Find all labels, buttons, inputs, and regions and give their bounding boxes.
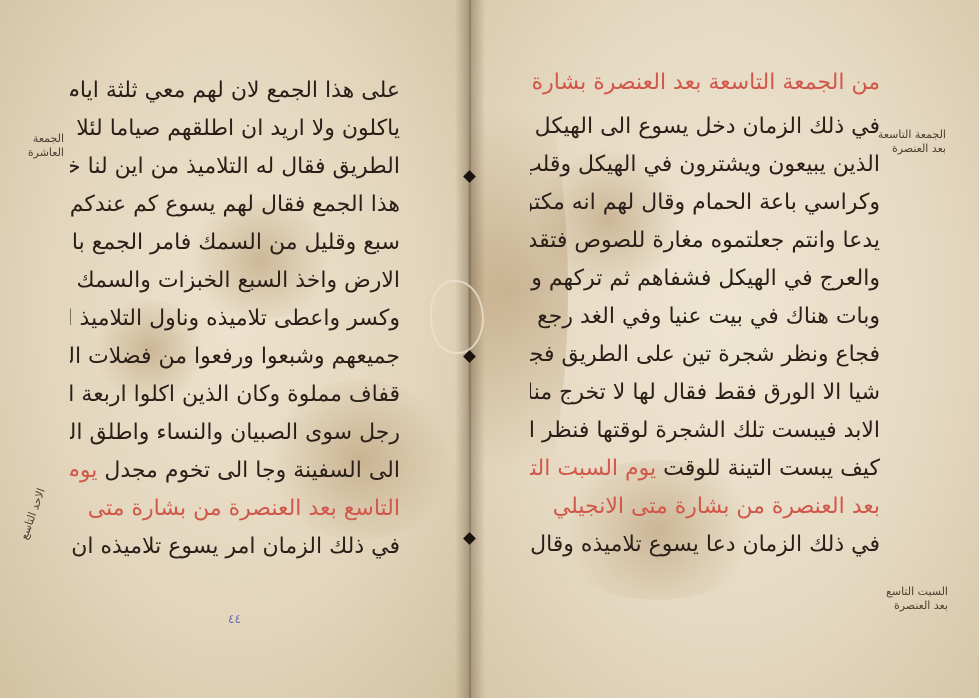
text-line: في ذلك الزمان دخل يسوع الى الهيكل الله و… [530,108,880,146]
text-line: الطريق فقال له التلاميذ من اين لنا خبز ف… [70,148,400,186]
heading-rubric: من الجمعة التاسعة بعد العنصرة بشارة متى [530,64,880,108]
text-line: الارض واخذ السبع الخبزات والسمك وبارك [70,262,400,300]
right-page: من الجمعة التاسعة بعد العنصرة بشارة متى … [468,0,979,698]
rubric-segment: يوم السبت التاسع [530,456,656,481]
rubric-segment: يوم الاحد [70,458,97,483]
text-line: جميعهم وشبعوا ورفعوا من فضلات الكسر سبع [70,338,400,376]
margin-note: السبت التاسع بعد العنصرة [878,585,948,613]
text-line: قفاف مملوة وكان الذين اكلوا اربعة الف [70,376,400,414]
text-line: في ذلك الزمان دعا يسوع تلاميذه وقال لهم … [530,526,880,564]
margin-note: الجمعة العاشرة [14,132,64,160]
margin-note: الجمعة التاسعة بعد العنصرة [876,128,946,156]
text-line: هذا الجمع فقال لهم يسوع كم عندكم من الخب… [70,186,400,224]
binding-thread [430,280,484,354]
rubric-line: التاسع بعد العنصرة من بشارة متى [70,490,400,528]
left-text-block: على هذا الجمع لان لهم معي ثلثة ايام وليس… [70,72,400,566]
text-line: فجاع ونظر شجرة تين على الطريق فجا اليها … [530,336,880,374]
text-line: وبات هناك في بيت عنيا وفي الغد رجع الى ا… [530,298,880,336]
text-line: الذين يبيعون ويشترون في الهيكل وقلب مواي… [530,146,880,184]
text-line: الابد فيبست تلك الشجرة لوقتها فنظر التلا… [530,412,880,450]
right-text-block: من الجمعة التاسعة بعد العنصرة بشارة متى … [530,64,880,564]
text-line: سبع وقليل من السمك فامر الجمع بالجلوس عل… [70,224,400,262]
left-page: على هذا الجمع لان لهم معي ثلثة ايام وليس… [0,0,468,698]
text-line: وكسر واعطى تلاميذه وناول التلاميذ الجمع … [70,300,400,338]
text-line: وكراسي باعة الحمام وقال لهم انه مكتوب ان… [530,184,880,222]
open-manuscript: على هذا الجمع لان لهم معي ثلثة ايام وليس… [0,0,979,698]
text-line: في ذلك الزمان امر يسوع تلاميذه ان يصعدوا… [70,528,400,566]
text-line: رجل سوى الصبيان والنساء واطلق الجمع وصعد [70,414,400,452]
text-line: والعرج في الهيكل فشفاهم ثم تركهم وخرج خا… [530,260,880,298]
text-segment: الى السفينة وجا الى تخوم مجدل [104,458,400,483]
text-line-mixed: الى السفينة وجا الى تخوم مجدل يوم الاحد [70,452,400,490]
text-line-mixed: كيف يبست التينة للوقت يوم السبت التاسع [530,450,880,488]
text-segment: كيف يبست التينة للوقت [663,456,880,481]
text-line: شيا الا الورق فقط فقال لها لا تخرج منك ث… [530,374,880,412]
margin-note: الاحد التاسع [15,486,49,547]
text-line: على هذا الجمع لان لهم معي ثلثة ايام وليس… [70,72,400,110]
folio-number: ٤٤ [228,612,241,626]
text-line: ياكلون ولا اريد ان اطلقهم صياما لئلا يست… [70,110,400,148]
rubric-line: بعد العنصرة من بشارة متى الانجيلي [530,488,880,526]
text-line: يدعا وانتم جعلتموه مغارة للصوص فتقدم الي… [530,222,880,260]
